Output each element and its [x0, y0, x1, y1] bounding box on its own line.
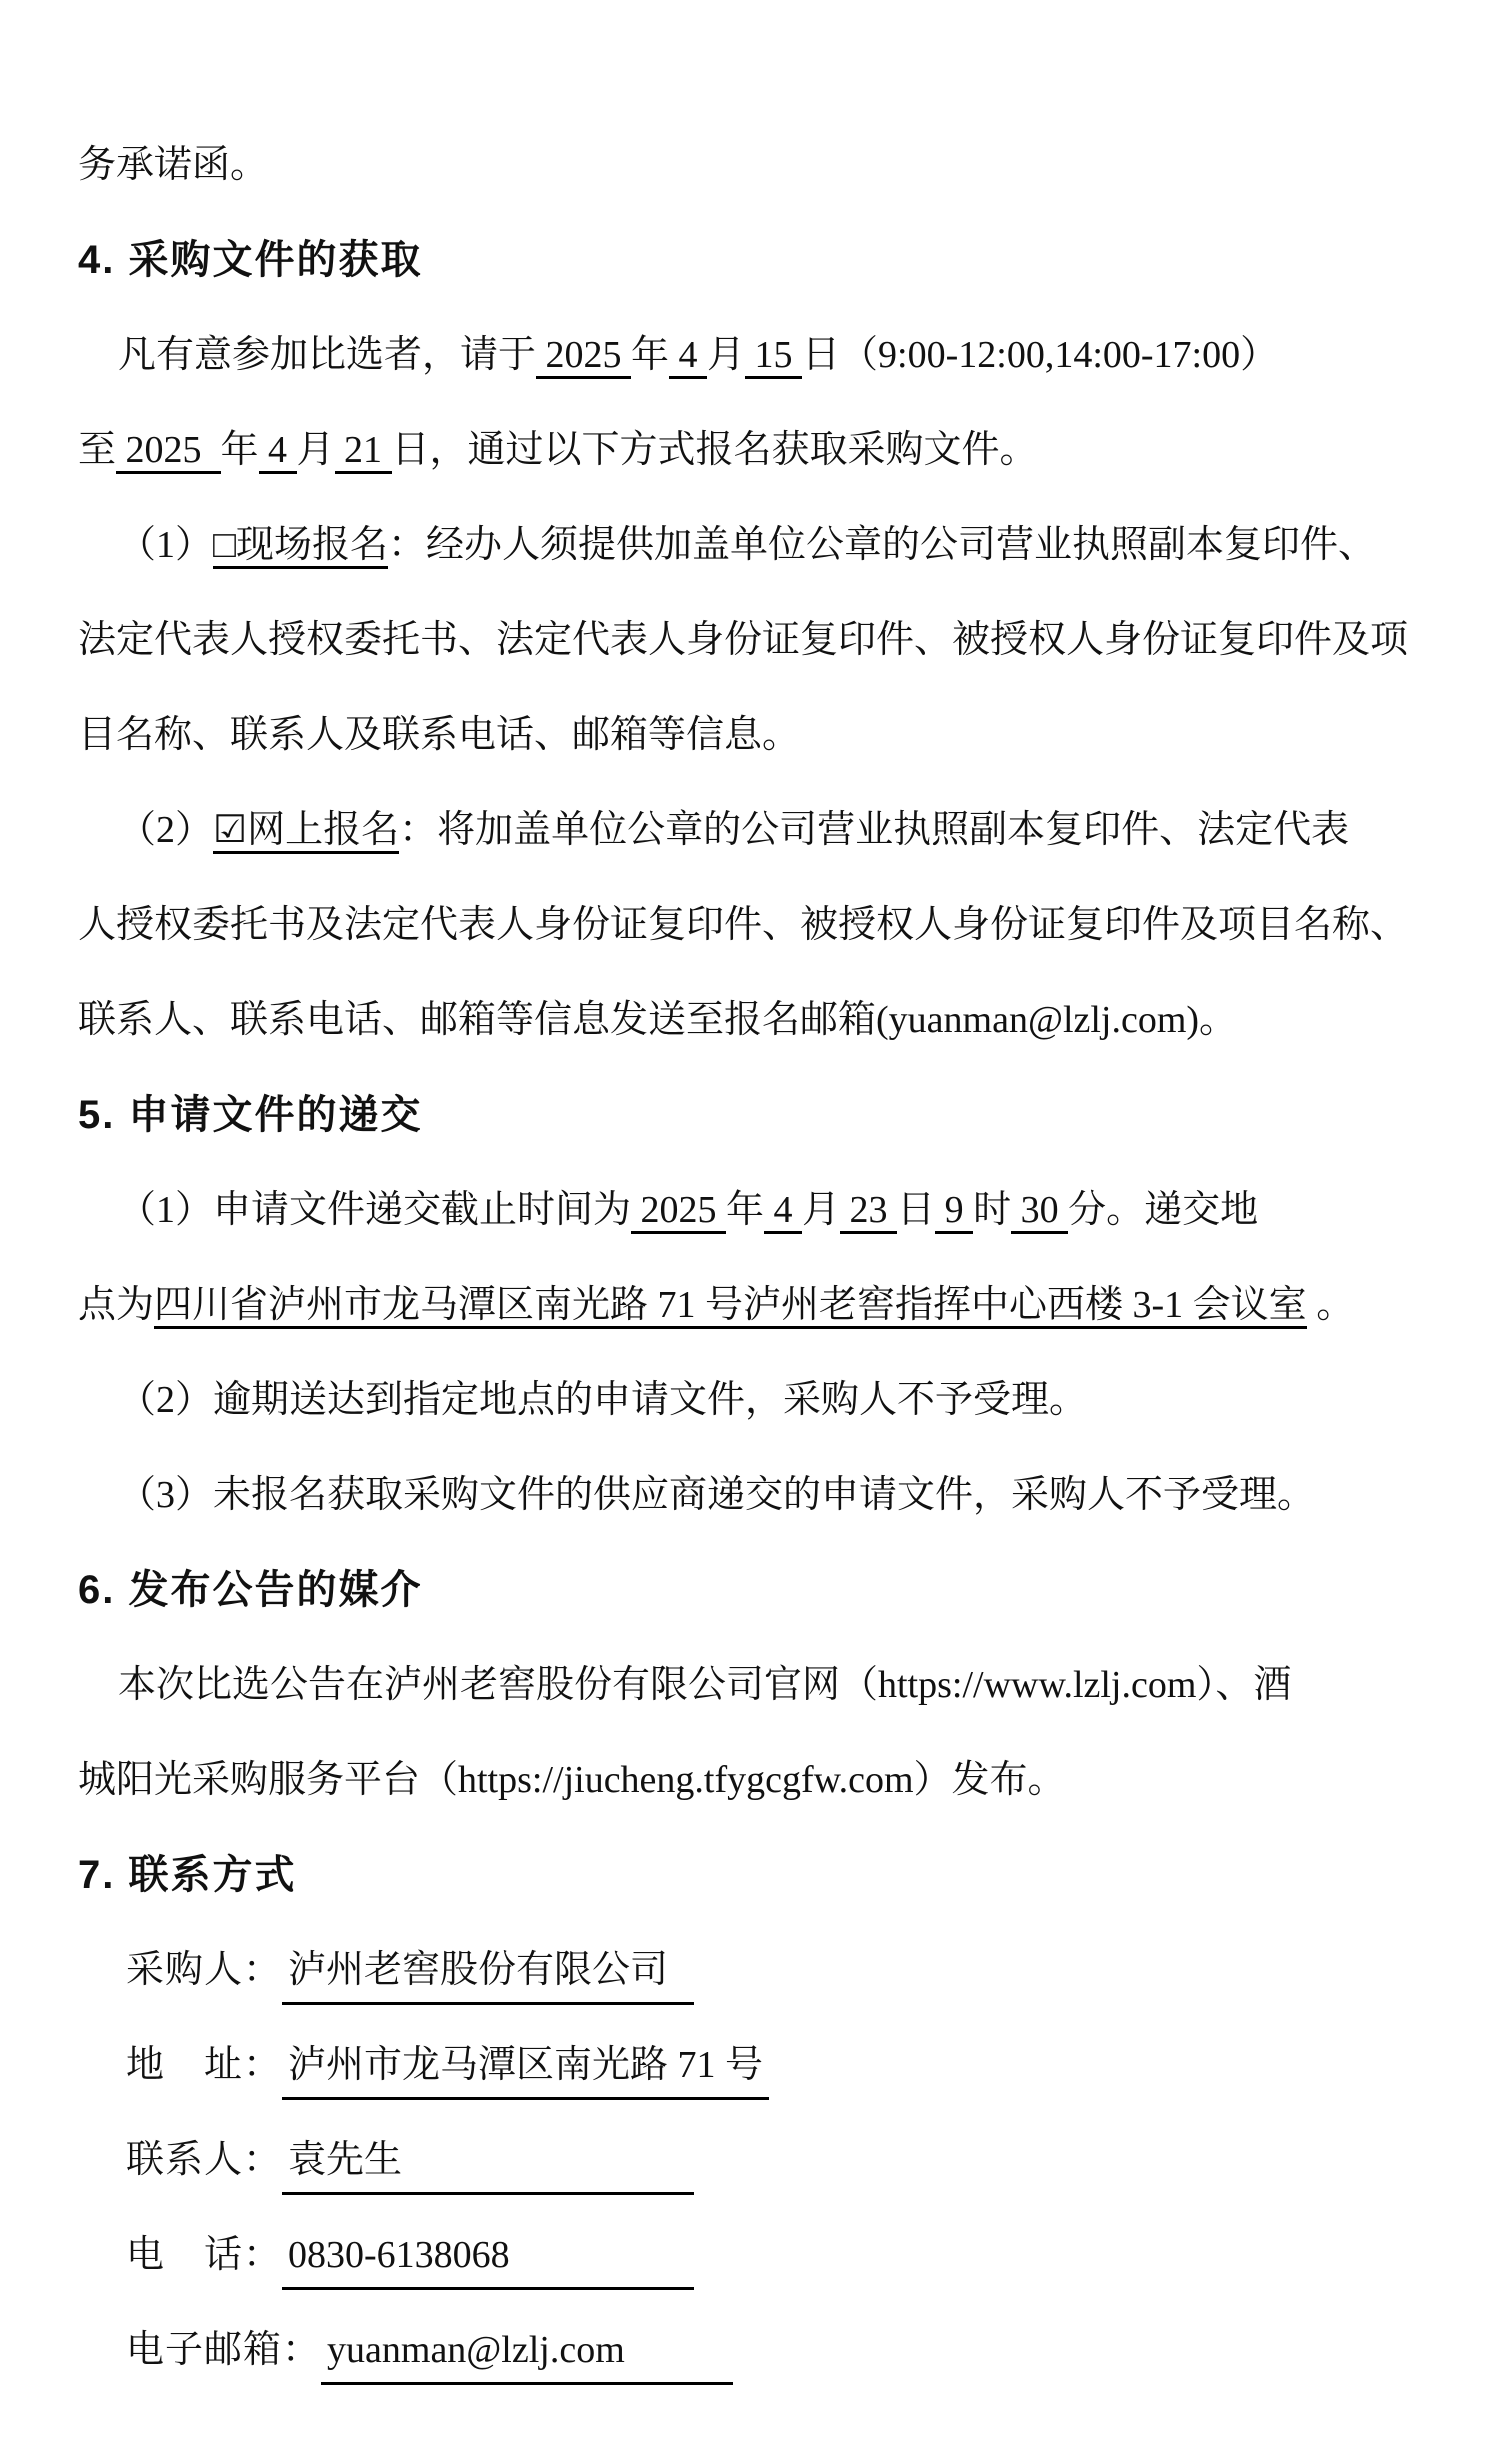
contact-row-phone: 电 话：0830-6138068 [78, 2208, 1408, 2303]
phone-value: 0830-6138068 [282, 2225, 694, 2290]
email-label: 电子邮箱： [126, 2329, 321, 2371]
official-website-text: 本次比选公告在泸州老窖股份有限公司官网（https://www.lzlj.com… [118, 1664, 1291, 1706]
contact-person-label: 联系人： [126, 2139, 282, 2181]
sec4-item2-line2: 人授权委托书及法定代表人身份证复印件、被授权人身份证复印件及项目名称、 [78, 878, 1408, 973]
section7-heading: 7. 联系方式 [78, 1828, 1408, 1923]
sec4-item1-line1: （1）□现场报名：经办人须提供加盖单位公章的公司营业执照副本复印件、 [78, 498, 1408, 593]
sec5-item2: （2）逾期送达到指定地点的申请文件，采购人不予受理。 [78, 1353, 1408, 1448]
document-page: 务承诺函。 4. 采购文件的获取 凡有意参加比选者，请于 2025 年 4 月 … [0, 0, 1500, 2458]
section5-heading-text: 5. 申请文件的递交 [78, 1093, 422, 1137]
sec5-item1-line1: （1）申请文件递交截止时间为 2025 年 4 月 23 日 9 时 30 分。… [78, 1163, 1408, 1258]
blank-day-end: 21 [335, 429, 392, 474]
address-label: 地 址： [126, 2044, 282, 2086]
section6-heading: 6. 发布公告的媒介 [78, 1543, 1408, 1638]
address-value: 泸州市龙马潭区南光路 71 号 [282, 2035, 769, 2100]
sec4-intro-line1: 凡有意参加比选者，请于 2025 年 4 月 15 日（9:00-12:00,1… [78, 308, 1408, 403]
purchaser-value: 泸州老窖股份有限公司 [282, 1940, 694, 2005]
procurement-platform-text: 城阳光采购服务平台（https://jiucheng.tfygcgfw.com）… [78, 1759, 1066, 1801]
contact-row-person: 联系人：袁先生 [78, 2113, 1408, 2208]
contact-person-value: 袁先生 [282, 2130, 694, 2195]
carryover-text: 务承诺函。 [78, 144, 268, 186]
phone-label: 电 话： [126, 2234, 282, 2276]
sec6-line1: 本次比选公告在泸州老窖股份有限公司官网（https://www.lzlj.com… [78, 1638, 1408, 1733]
sec5-item1-line2: 点为四川省泸州市龙马潭区南光路 71 号泸州老窖指挥中心西楼 3-1 会议室 。 [78, 1258, 1408, 1353]
blank-year-start: 2025 [536, 334, 631, 379]
deadline-day: 23 [840, 1189, 897, 1234]
section7-heading-text: 7. 联系方式 [78, 1853, 296, 1897]
sec4-intro-line2: 至 2025 年 4 月 21 日，通过以下方式报名获取采购文件。 [78, 403, 1408, 498]
section4-heading-text: 4. 采购文件的获取 [78, 238, 422, 282]
section6-heading-text: 6. 发布公告的媒介 [78, 1568, 422, 1612]
carryover-line: 务承诺函。 [78, 118, 1408, 213]
sec4-item2-line1: （2）☑网上报名：将加盖单位公章的公司营业执照副本复印件、法定代表 [78, 783, 1408, 878]
checkbox-unchecked-icon: □ [213, 524, 236, 566]
sec5-item3: （3）未报名获取采购文件的供应商递交的申请文件，采购人不予受理。 [78, 1448, 1408, 1543]
submission-address-text: 四川省泸州市龙马潭区南光路 71 号泸州老窖指挥中心西楼 3-1 会议室 [154, 1284, 1307, 1329]
contact-row-email: 电子邮箱：yuanman@lzlj.com [78, 2303, 1408, 2398]
section5-heading: 5. 申请文件的递交 [78, 1068, 1408, 1163]
purchaser-label: 采购人： [126, 1949, 282, 1991]
blank-year-end: 2025 [116, 429, 221, 474]
sec4-item1-line3: 目名称、联系人及联系电话、邮箱等信息。 [78, 688, 1408, 783]
time-window-text: 日（9:00-12:00,14:00-17:00） [802, 334, 1278, 376]
contact-row-purchaser: 采购人：泸州老窖股份有限公司 [78, 1923, 1408, 2018]
onsite-registration-label: 现场报名 [236, 524, 388, 566]
deadline-minute: 30 [1011, 1189, 1068, 1234]
online-registration-label: 网上报名 [247, 809, 399, 851]
item-number: （1） [118, 524, 213, 566]
item-number: （2） [118, 809, 213, 851]
email-value: yuanman@lzlj.com [321, 2320, 733, 2385]
sec4-item2-line3: 联系人、联系电话、邮箱等信息发送至报名邮箱(yuanman@lzlj.com)。 [78, 973, 1408, 1068]
blank-month-start: 4 [669, 334, 707, 379]
blank-day-start: 15 [745, 334, 802, 379]
sec6-line2: 城阳光采购服务平台（https://jiucheng.tfygcgfw.com）… [78, 1733, 1408, 1828]
blank-month-end: 4 [259, 429, 297, 474]
deadline-month: 4 [764, 1189, 802, 1234]
contact-row-address: 地 址：泸州市龙马潭区南光路 71 号 [78, 2018, 1408, 2113]
section4-heading: 4. 采购文件的获取 [78, 213, 1408, 308]
checkbox-checked-icon: ☑ [213, 809, 247, 851]
sec4-item1-line2: 法定代表人授权委托书、法定代表人身份证复印件、被授权人身份证复印件及项 [78, 593, 1408, 688]
deadline-year: 2025 [631, 1189, 726, 1234]
deadline-hour: 9 [935, 1189, 973, 1234]
registration-email-text: 联系人、联系电话、邮箱等信息发送至报名邮箱(yuanman@lzlj.com)。 [78, 999, 1237, 1041]
intro-text: 凡有意参加比选者，请于 [118, 334, 536, 376]
